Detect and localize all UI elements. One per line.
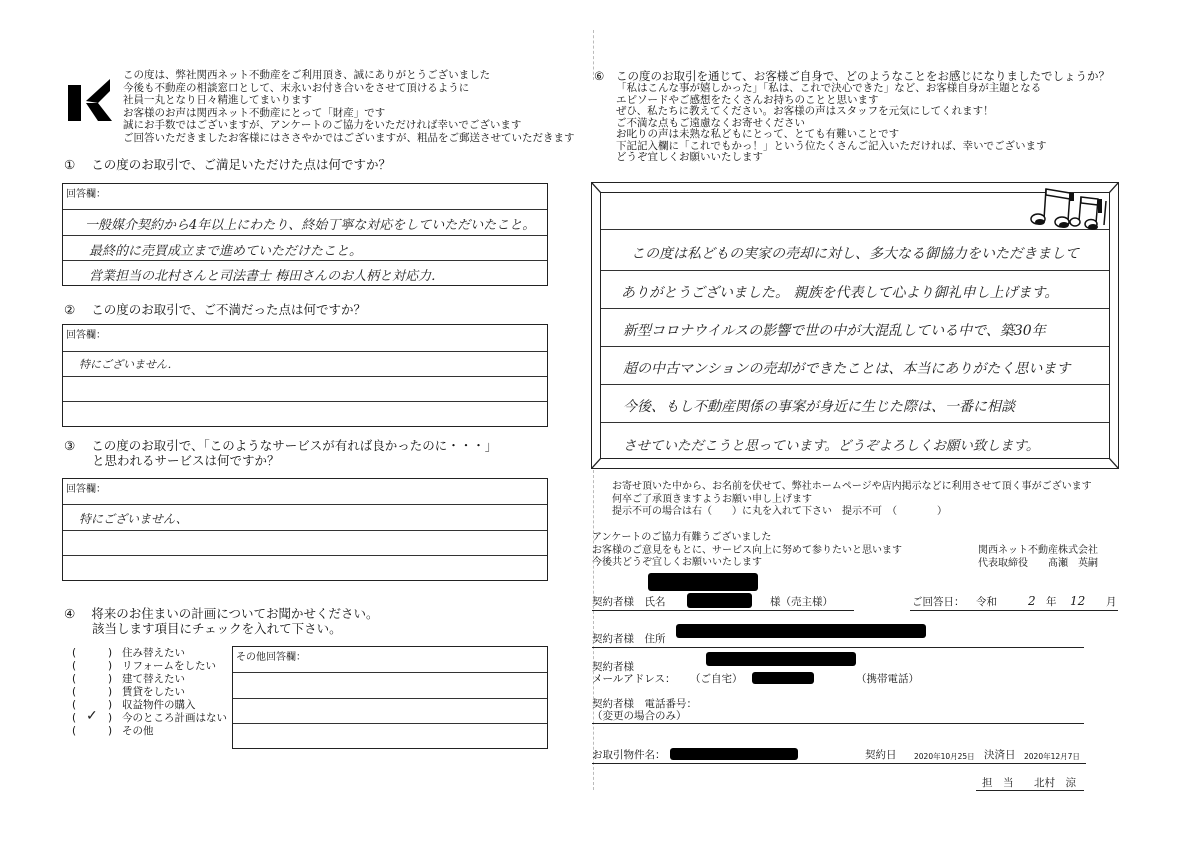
question-text: と思われるサービスは何ですか？	[92, 453, 497, 468]
redacted-property	[670, 748, 798, 760]
question-number: ⑥	[594, 69, 604, 83]
answer-frame-q6[interactable]: この度は私どもの実家の売却に対し、多大なる御協力をいただきまして ありがとうござ…	[591, 182, 1119, 469]
email-home-label: （ご自宅）	[690, 673, 743, 686]
company-name: 関西ネット不動産株式会社	[978, 545, 1098, 558]
intro-line: ご回答いただきましたお客様にはささやかではございますが、粗品をご郵送させていただ…	[123, 132, 575, 145]
checklist-item[interactable]: ( ) 賃貸をしたい	[72, 686, 76, 699]
answer-date-label: ご回答日：	[912, 596, 965, 609]
redacted-email-home	[752, 672, 814, 684]
thanks-message: アンケートのご協力有難うございました お客様のご意見をもとに、サービス向上に努め…	[592, 532, 902, 570]
handwritten-answer: 特にございません、	[79, 510, 188, 527]
question-text: この度のお取引を通じて、お客様ご自身で、どのようなことをお感じになりましたでしょ…	[616, 69, 1110, 83]
company-logo-icon	[64, 73, 114, 123]
checklist-item-checked[interactable]: ( ✓ ) 今のところ計画はない	[72, 712, 76, 725]
question-text: この度のお取引で、「このようなサービスが有れば良かったのに・・・」	[91, 438, 497, 453]
answer-box-q3[interactable]: 回答欄： 特にございません、	[62, 478, 548, 581]
intro-line: 社員一丸となり日々精進してまいります	[123, 94, 575, 107]
name-suffix: 様（売主様）	[770, 596, 833, 609]
handwritten-answer: 最終的に売買成立まで進めていただけたこと。	[89, 240, 362, 259]
checklist-item[interactable]: ( ) 建て替えたい	[72, 673, 76, 686]
question-text: この度のお取引で、ご満足いただけた点は何ですか？	[91, 157, 391, 172]
email-label: メールアドレス：	[592, 673, 675, 686]
question-3: ③ この度のお取引で、「このようなサービスが有れば良かったのに・・・」 と思われ…	[64, 438, 497, 468]
intro-text: この度は、弊社関西ネット不動産をご利用頂き、誠にありがとうございました 今後も不…	[123, 69, 575, 144]
checklist-label: 賃貸をしたい	[122, 686, 185, 699]
email-field[interactable]: 契約者様 メールアドレス： （ご自宅） （携帯電話）	[592, 651, 1092, 691]
answer-box-label: 回答欄：	[66, 326, 106, 341]
checklist-item[interactable]: ( ) 住み替えたい	[72, 647, 76, 660]
redacted-name	[687, 593, 752, 608]
phone-sublabel: （変更の場合のみ）	[592, 710, 687, 723]
question-text: 将来のお住まいの計画についてお聞かせください。	[91, 606, 378, 621]
redacted-address	[676, 624, 926, 638]
answer-box-q2[interactable]: 回答欄： 特にございません．	[62, 324, 548, 427]
representative-name: 代表取締役 髙瀬 英嗣	[978, 558, 1098, 571]
checklist-label: 住み替えたい	[122, 647, 185, 660]
answer-box-label: 回答欄：	[66, 185, 106, 200]
name-label: 契約者様 氏名	[592, 596, 666, 609]
checklist-label: 建て替えたい	[122, 673, 185, 686]
intro-line: 誠にお手数ではございますが、アンケートのご協力をいただければ幸いでございます	[123, 119, 575, 132]
handwritten-answer: 特にございません．	[79, 356, 179, 372]
handwritten-answer: ありがとうございました。 親族を代表して心より御礼申し上げます。	[621, 282, 1058, 302]
intro-line: この度は、弊社関西ネット不動産をご利用頂き、誠にありがとうございました	[123, 69, 575, 82]
question-number: ①	[64, 157, 75, 172]
handwritten-answer: 一般媒介契約から4年以上にわたり、終始丁寧な対応をしていただいたこと。	[85, 214, 535, 233]
company-signature: 関西ネット不動産株式会社 代表取締役 髙瀬 英嗣	[978, 545, 1098, 570]
music-notes-icon	[1026, 181, 1116, 231]
property-label: お取引物件名：	[592, 749, 666, 762]
question-1: ① この度のお取引で、ご満足いただけた点は何ですか？	[64, 157, 391, 172]
checklist-item[interactable]: ( ) リフォームをしたい	[72, 660, 76, 673]
answer-box-q1[interactable]: 回答欄： 一般媒介契約から4年以上にわたり、終始丁寧な対応をしていただいたこと。…	[62, 183, 548, 286]
settlement-date: 2020年12月7日	[1024, 751, 1080, 764]
question-2: ② この度のお取引で、ご不満だった点は何ですか？	[64, 302, 366, 317]
settlement-date-label: 決済日	[984, 749, 1016, 762]
name-field[interactable]: 契約者様 氏名 様（売主様）	[592, 595, 854, 611]
redacted-block	[648, 573, 758, 591]
intro-line: お客様のお声は関西ネット不動産にとって「財産」です	[123, 107, 575, 120]
question-6: ⑥ この度のお取引を通じて、お客様ご自身で、どのようなことをお感じになりましたで…	[594, 70, 1110, 164]
checklist-item[interactable]: ( ) 収益物件の購入	[72, 699, 76, 712]
contract-date-label: 契約日	[865, 749, 897, 762]
email-label: 契約者様	[592, 661, 634, 674]
question-number: ②	[64, 302, 75, 317]
check-mark-icon: ✓	[86, 710, 98, 723]
question-text: 該当します項目にチェックを入れて下さい。	[92, 621, 378, 636]
answer-date-field[interactable]: ご回答日： 令和 2 年 12 月	[910, 595, 1118, 611]
handwritten-answer: 超の中古マンションの売却ができたことは、本当にありがたく思います	[623, 358, 1070, 378]
checklist-label: その他	[122, 725, 154, 738]
question-4: ④ 将来のお住まいの計画についてお聞かせください。 該当します項目にチェックを入…	[64, 606, 378, 636]
question-text: この度のお取引で、ご不満だった点は何ですか？	[91, 302, 366, 317]
answer-month: 12	[1070, 594, 1085, 608]
phone-label: 契約者様 電話番号：	[592, 698, 697, 711]
staff-name: 北村 涼	[1034, 777, 1076, 790]
answer-box-label: 回答欄：	[66, 480, 106, 495]
era: 令和	[976, 596, 997, 609]
question-number: ④	[64, 606, 75, 621]
optout-checkbox[interactable]: 提示不可の場合は右（ ）に丸を入れて下さい 提示不可 （ ）	[612, 506, 1092, 519]
checklist-label: リフォームをしたい	[122, 660, 216, 673]
answer-box-label: その他回答欄：	[236, 648, 306, 663]
plan-checklist: ( ) 住み替えたい ( ) リフォームをしたい ( ) 建て替えたい ( ) …	[72, 647, 76, 738]
intro-line: 今後も不動産の相談窓口として、末永いお付き合いをさせて頂けるように	[123, 82, 575, 95]
checklist-label: 収益物件の購入	[122, 699, 196, 712]
handwritten-answer: 今後、もし不動産関係の事案が身近に生じた際は、一番に相談	[623, 396, 1015, 416]
staff-field: 担 当 北村 涼	[976, 776, 1084, 791]
other-answer-box[interactable]: その他回答欄：	[232, 646, 548, 749]
staff-label: 担 当	[982, 777, 1014, 790]
property-field[interactable]: お取引物件名： 契約日 2020年10月25日 決済日 2020年12月7日	[592, 748, 1086, 764]
address-field[interactable]: 契約者様 住所	[592, 630, 1084, 648]
handwritten-answer: 新型コロナウイルスの影響で世の中が大混乱している中で、築30年	[623, 320, 1046, 340]
checklist-label: 今のところ計画はない	[122, 712, 227, 725]
handwritten-answer: させていただこうと思っています。どうぞよろしくお願い致します。	[623, 434, 1039, 454]
question-number: ③	[64, 438, 75, 453]
publication-notice: お寄せ頂いた中から、お名前を伏せて、弊社ホームページや店内掲示などに利用させて頂…	[612, 481, 1092, 519]
email-mobile-label: （携帯電話）	[856, 673, 919, 686]
phone-field[interactable]: 契約者様 電話番号： （変更の場合のみ）	[592, 697, 1084, 724]
handwritten-answer: この度は私どもの実家の売却に対し、多大なる御協力をいただきまして	[631, 243, 1079, 263]
checklist-item[interactable]: ( ) その他	[72, 725, 76, 738]
contract-date: 2020年10月25日	[914, 751, 975, 764]
address-label: 契約者様 住所	[592, 633, 666, 646]
redacted-email	[706, 652, 856, 666]
answer-year: 2	[1028, 594, 1036, 608]
handwritten-answer: 営業担当の北村さんと司法書士 梅田さんのお人柄と対応力．	[89, 265, 444, 284]
